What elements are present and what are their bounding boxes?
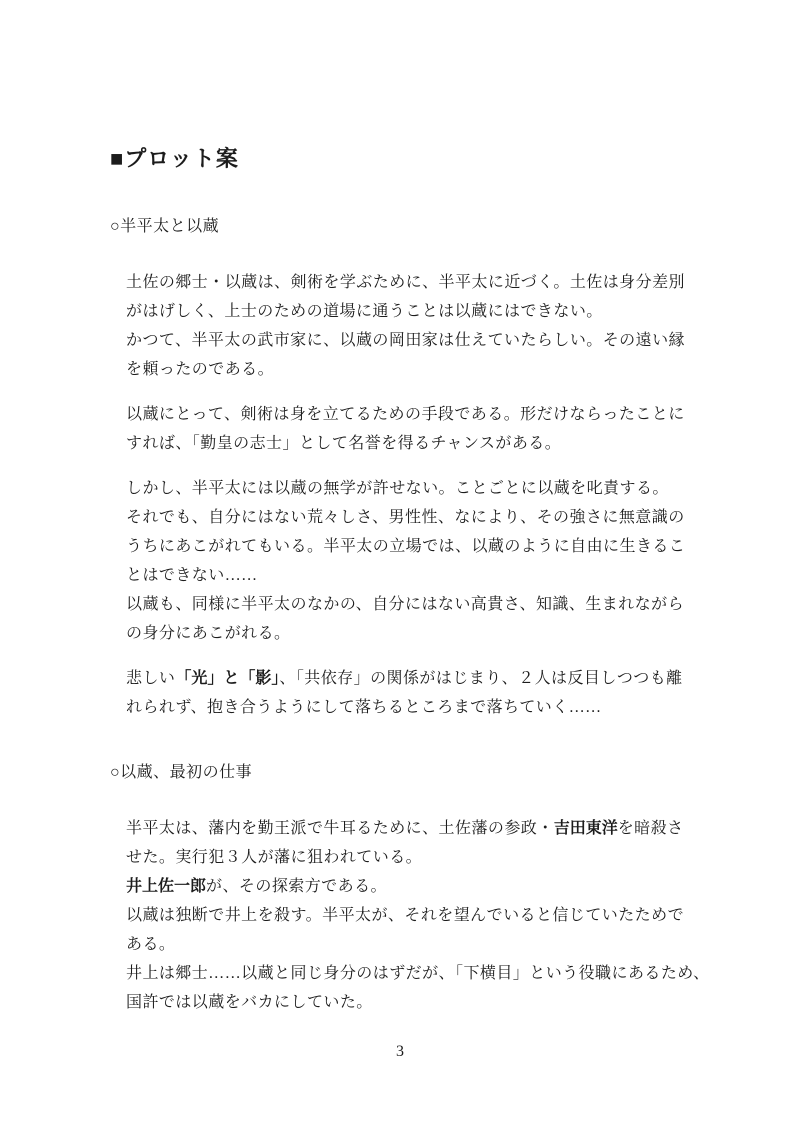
text-segment: 以蔵は独断で井上を殺す。半平太が、それを望んでいると信じていたためで — [126, 907, 684, 924]
text-segment: を暗殺さ — [618, 820, 684, 837]
text-segment: ある。 — [126, 936, 175, 953]
text-segment: とはできない…… — [126, 567, 258, 584]
paragraph: 半平太は、藩内を勤王派で牛耳るために、土佐藩の参政・吉田東洋を暗殺させた。実行犯… — [126, 814, 730, 1017]
text-line: かつて、半平太の武市家に、以蔵の岡田家は仕えていたらしい。その遠い縁 — [126, 326, 730, 355]
text-line: 土佐の郷士・以蔵は、剣術を学ぶために、半平太に近づく。土佐は身分差別 — [126, 268, 730, 297]
text-segment: うちにあこがれてもいる。半平太の立場では、以蔵のように自由に生きるこ — [126, 538, 685, 555]
text-line: 以蔵も、同様に半平太のなかの、自分にはない高貴さ、知識、生まれながら — [126, 590, 730, 619]
document-page: ■プロット案 ○半平太と以蔵土佐の郷士・以蔵は、剣術を学ぶために、半平太に近づく… — [0, 0, 800, 1131]
text-segment: 半平太は、藩内を勤王派で牛耳るために、土佐藩の参政・ — [126, 820, 554, 837]
bold-text: 井上佐一郎 — [126, 878, 206, 895]
paragraph: しかし、半平太には以蔵の無学が許せない。ことごとに以蔵を叱責する。それでも、自分… — [126, 474, 730, 648]
text-line: しかし、半平太には以蔵の無学が許せない。ことごとに以蔵を叱責する。 — [126, 474, 730, 503]
text-segment: すれば、「勤皇の志士」として名誉を得るチャンスがある。 — [126, 435, 561, 452]
paragraph: 悲しい「光」と「影」、「共依存」の関係がはじまり、２人は反目しつつも離れられず、… — [126, 664, 730, 722]
text-line: を頼ったのである。 — [126, 355, 730, 384]
text-segment: しかし、半平太には以蔵の無学が許せない。ことごとに以蔵を叱責する。 — [126, 480, 669, 497]
text-line: うちにあこがれてもいる。半平太の立場では、以蔵のように自由に生きるこ — [126, 532, 730, 561]
page-number: 3 — [0, 1042, 800, 1062]
text-line: とはできない…… — [126, 561, 730, 590]
paragraph: 以蔵にとって、剣術は身を立てるための手段である。形だけならったことにすれば、「勤… — [126, 400, 730, 458]
text-line: 悲しい「光」と「影」、「共依存」の関係がはじまり、２人は反目しつつも離 — [126, 664, 730, 693]
document-content: ■プロット案 ○半平太と以蔵土佐の郷士・以蔵は、剣術を学ぶために、半平太に近づく… — [110, 146, 730, 1017]
page-title: ■プロット案 — [110, 146, 730, 172]
text-segment: 国許では以蔵をバカにしていた。 — [126, 994, 373, 1011]
text-segment: がはげしく、上士のための道場に通うことは以蔵にはできない。 — [126, 303, 603, 320]
text-segment: せた。実行犯３人が藩に狙われている。 — [126, 849, 422, 866]
section: ○半平太と以蔵土佐の郷士・以蔵は、剣術を学ぶために、半平太に近づく。土佐は身分差… — [110, 216, 730, 722]
text-segment: かつて、半平太の武市家に、以蔵の岡田家は仕えていたらしい。その遠い縁 — [126, 332, 685, 349]
text-line: れられず、抱き合うようにして落ちるところまで落ちていく…… — [126, 693, 730, 722]
text-line: すれば、「勤皇の志士」として名誉を得るチャンスがある。 — [126, 429, 730, 458]
paragraph: 土佐の郷士・以蔵は、剣術を学ぶために、半平太に近づく。土佐は身分差別がはげしく、… — [126, 268, 730, 384]
text-segment: が、その探索方である。 — [206, 878, 387, 895]
text-line: 以蔵は独断で井上を殺す。半平太が、それを望んでいると信じていたためで — [126, 901, 730, 930]
text-segment: の身分にあこがれる。 — [126, 625, 291, 642]
text-segment: 土佐の郷士・以蔵は、剣術を学ぶために、半平太に近づく。土佐は身分差別 — [126, 274, 685, 291]
text-line: 半平太は、藩内を勤王派で牛耳るために、土佐藩の参政・吉田東洋を暗殺さ — [126, 814, 730, 843]
text-line: の身分にあこがれる。 — [126, 619, 730, 648]
text-line: がはげしく、上士のための道場に通うことは以蔵にはできない。 — [126, 297, 730, 326]
text-line: せた。実行犯３人が藩に狙われている。 — [126, 843, 730, 872]
text-segment: 井上は郷士……以蔵と同じ身分のはずだが、「下横目」という役職にあるため、 — [126, 965, 710, 982]
text-segment: それでも、自分にはない荒々しさ、男性性、なにより、その強さに無意識の — [126, 509, 685, 526]
text-segment: 以蔵も、同様に半平太のなかの、自分にはない高貴さ、知識、生まれながら — [126, 596, 684, 613]
text-segment: を頼ったのである。 — [126, 361, 274, 378]
bold-text: 「光」と「影」 — [175, 670, 279, 687]
text-line: 井上は郷士……以蔵と同じ身分のはずだが、「下横目」という役職にあるため、 — [126, 959, 730, 988]
bold-text: 吉田東洋 — [554, 820, 618, 837]
text-line: それでも、自分にはない荒々しさ、男性性、なにより、その強さに無意識の — [126, 503, 730, 532]
section-heading: ○半平太と以蔵 — [110, 216, 730, 238]
section-heading: ○以蔵、最初の仕事 — [110, 762, 730, 784]
text-line: 国許では以蔵をバカにしていた。 — [126, 988, 730, 1017]
text-line: 以蔵にとって、剣術は身を立てるための手段である。形だけならったことに — [126, 400, 730, 429]
document-sections: ○半平太と以蔵土佐の郷士・以蔵は、剣術を学ぶために、半平太に近づく。土佐は身分差… — [110, 216, 730, 1017]
text-line: 井上佐一郎が、その探索方である。 — [126, 872, 730, 901]
text-segment: 以蔵にとって、剣術は身を立てるための手段である。形だけならったことに — [126, 406, 685, 423]
text-segment: れられず、抱き合うようにして落ちるところまで落ちていく…… — [126, 699, 602, 716]
section: ○以蔵、最初の仕事半平太は、藩内を勤王派で牛耳るために、土佐藩の参政・吉田東洋を… — [110, 762, 730, 1017]
text-segment: 、「共依存」の関係がはじまり、２人は反目しつつも離 — [279, 670, 682, 687]
text-segment: 悲しい — [126, 670, 175, 687]
text-line: ある。 — [126, 930, 730, 959]
